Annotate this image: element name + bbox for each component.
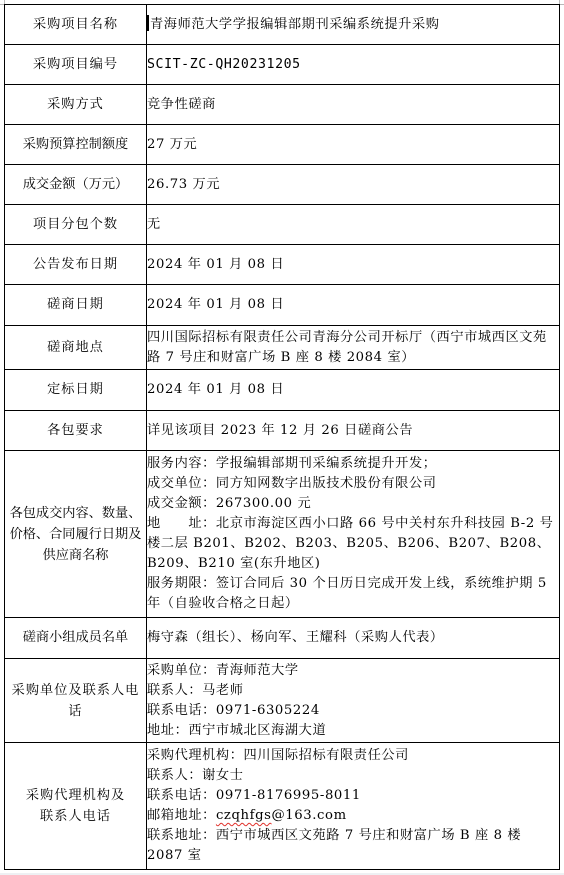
package-count-value: 无 xyxy=(147,205,560,245)
table-row: 磋商小组成员名单 梅守森（组长）、杨向军、王耀科（采购人代表） xyxy=(5,618,560,659)
agency-phone-line: 联系电话：0971-8176995-8011 xyxy=(147,786,559,806)
purchaser-phone-line: 联系电话：0971-6305224 xyxy=(147,701,559,721)
table-row: 采购方式 竞争性磋商 xyxy=(5,85,560,125)
consultation-date-value: 2024 年 01 月 08 日 xyxy=(147,285,560,326)
row-label: 定标日期 xyxy=(5,370,147,411)
agency-address-line: 联系地址：西宁市城西区文苑路 7 号庄和财富广场 B 座 8 楼 2087 室 xyxy=(147,826,559,866)
deal-amount-value: 26.73 万元 xyxy=(147,165,560,205)
budget-value: 27 万元 xyxy=(147,125,560,165)
row-label: 项目分包个数 xyxy=(5,205,147,245)
table-row: 成交金额（万元） 26.73 万元 xyxy=(5,165,560,205)
panel-members-value: 梅守森（组长）、杨向军、王耀科（采购人代表） xyxy=(147,618,560,659)
table-row: 各包成交内容、数量、价格、合同履行日期及供应商名称 服务内容：学报编辑部期刊采编… xyxy=(5,451,560,618)
row-label: 公告发布日期 xyxy=(5,245,147,285)
purchaser-address-line: 地址：西宁市城北区海湖大道 xyxy=(147,721,559,741)
table-row: 公告发布日期 2024 年 01 月 08 日 xyxy=(5,245,560,285)
agency-contact-line: 联系人：谢女士 xyxy=(147,766,559,786)
agency-email-line: 邮箱地址：czqhfgs@163.com xyxy=(147,806,559,826)
package-requirements-value: 详见该项目 2023 年 12 月 26 日磋商公告 xyxy=(147,411,560,451)
row-label: 采购方式 xyxy=(5,85,147,125)
agency-name-line: 采购代理机构：四川国际招标有限责任公司 xyxy=(147,746,559,766)
project-number-value: SCIT-ZC-QH20231205 xyxy=(147,45,560,85)
row-label: 各包要求 xyxy=(5,411,147,451)
purchaser-contact-line: 联系人：马老师 xyxy=(147,681,559,701)
procurement-method-value: 竞争性磋商 xyxy=(147,85,560,125)
supplier-address-line: 地 址：北京市海淀区西小口路 66 号中关村东升科技园 B-2 号楼二层 B20… xyxy=(147,514,559,574)
table-row: 定标日期 2024 年 01 月 08 日 xyxy=(5,370,560,411)
row-label: 磋商小组成员名单 xyxy=(5,618,147,659)
row-label: 磋商地点 xyxy=(5,326,147,370)
winning-unit-line: 成交单位：同方知网数字出版技术股份有限公司 xyxy=(147,474,559,494)
row-label: 采购项目编号 xyxy=(5,45,147,85)
document-page: 采购项目名称 青海师范大学学报编辑部期刊采编系统提升采购 采购项目编号 SCIT… xyxy=(0,0,564,873)
deal-details-cell: 服务内容：学报编辑部期刊采编系统提升开发； 成交单位：同方知网数字出版技术股份有… xyxy=(147,451,560,618)
procurement-award-table: 采购项目名称 青海师范大学学报编辑部期刊采编系统提升采购 采购项目编号 SCIT… xyxy=(4,4,560,870)
row-label: 成交金额（万元） xyxy=(5,165,147,205)
consultation-location-value: 四川国际招标有限责任公司青海分公司开标厅（西宁市城西区文苑路 7 号庄和财富广场… xyxy=(147,326,560,370)
project-name-value: 青海师范大学学报编辑部期刊采编系统提升采购 xyxy=(150,17,440,32)
row-label: 各包成交内容、数量、价格、合同履行日期及供应商名称 xyxy=(5,451,147,618)
table-row: 采购项目名称 青海师范大学学报编辑部期刊采编系统提升采购 xyxy=(5,5,560,45)
table-row: 采购预算控制额度 27 万元 xyxy=(5,125,560,165)
purchaser-contact-cell: 采购单位：青海师范大学 联系人：马老师 联系电话：0971-6305224 地址… xyxy=(147,659,560,743)
service-content-line: 服务内容：学报编辑部期刊采编系统提升开发； xyxy=(147,454,559,474)
table-row: 采购项目编号 SCIT-ZC-QH20231205 xyxy=(5,45,560,85)
award-date-value: 2024 年 01 月 08 日 xyxy=(147,370,560,411)
winning-amount-line: 成交金额：267300.00 元 xyxy=(147,494,559,514)
row-label: 采购代理机构及联系人电话 xyxy=(5,743,147,870)
table-row: 磋商日期 2024 年 01 月 08 日 xyxy=(5,285,560,326)
purchaser-unit-line: 采购单位：青海师范大学 xyxy=(147,661,559,681)
text-cursor xyxy=(147,15,149,31)
row-label: 磋商日期 xyxy=(5,285,147,326)
row-label: 采购单位及联系人电话 xyxy=(5,659,147,743)
email-user-spellcheck: czqhfgs xyxy=(216,808,272,823)
announcement-date-value: 2024 年 01 月 08 日 xyxy=(147,245,560,285)
row-label: 采购项目名称 xyxy=(5,5,147,45)
table-row: 采购单位及联系人电话 采购单位：青海师范大学 联系人：马老师 联系电话：0971… xyxy=(5,659,560,743)
table-row: 磋商地点 四川国际招标有限责任公司青海分公司开标厅（西宁市城西区文苑路 7 号庄… xyxy=(5,326,560,370)
table-row: 各包要求 详见该项目 2023 年 12 月 26 日磋商公告 xyxy=(5,411,560,451)
agency-contact-cell: 采购代理机构：四川国际招标有限责任公司 联系人：谢女士 联系电话：0971-81… xyxy=(147,743,560,870)
table-row: 采购代理机构及联系人电话 采购代理机构：四川国际招标有限责任公司 联系人：谢女士… xyxy=(5,743,560,870)
table-row: 项目分包个数 无 xyxy=(5,205,560,245)
row-label: 采购预算控制额度 xyxy=(5,125,147,165)
project-name-cell[interactable]: 青海师范大学学报编辑部期刊采编系统提升采购 xyxy=(147,5,560,45)
service-period-line: 服务期限：签订合同后 30 个日历日完成开发上线，系统维护期 5 年（自验收合格… xyxy=(147,574,559,614)
